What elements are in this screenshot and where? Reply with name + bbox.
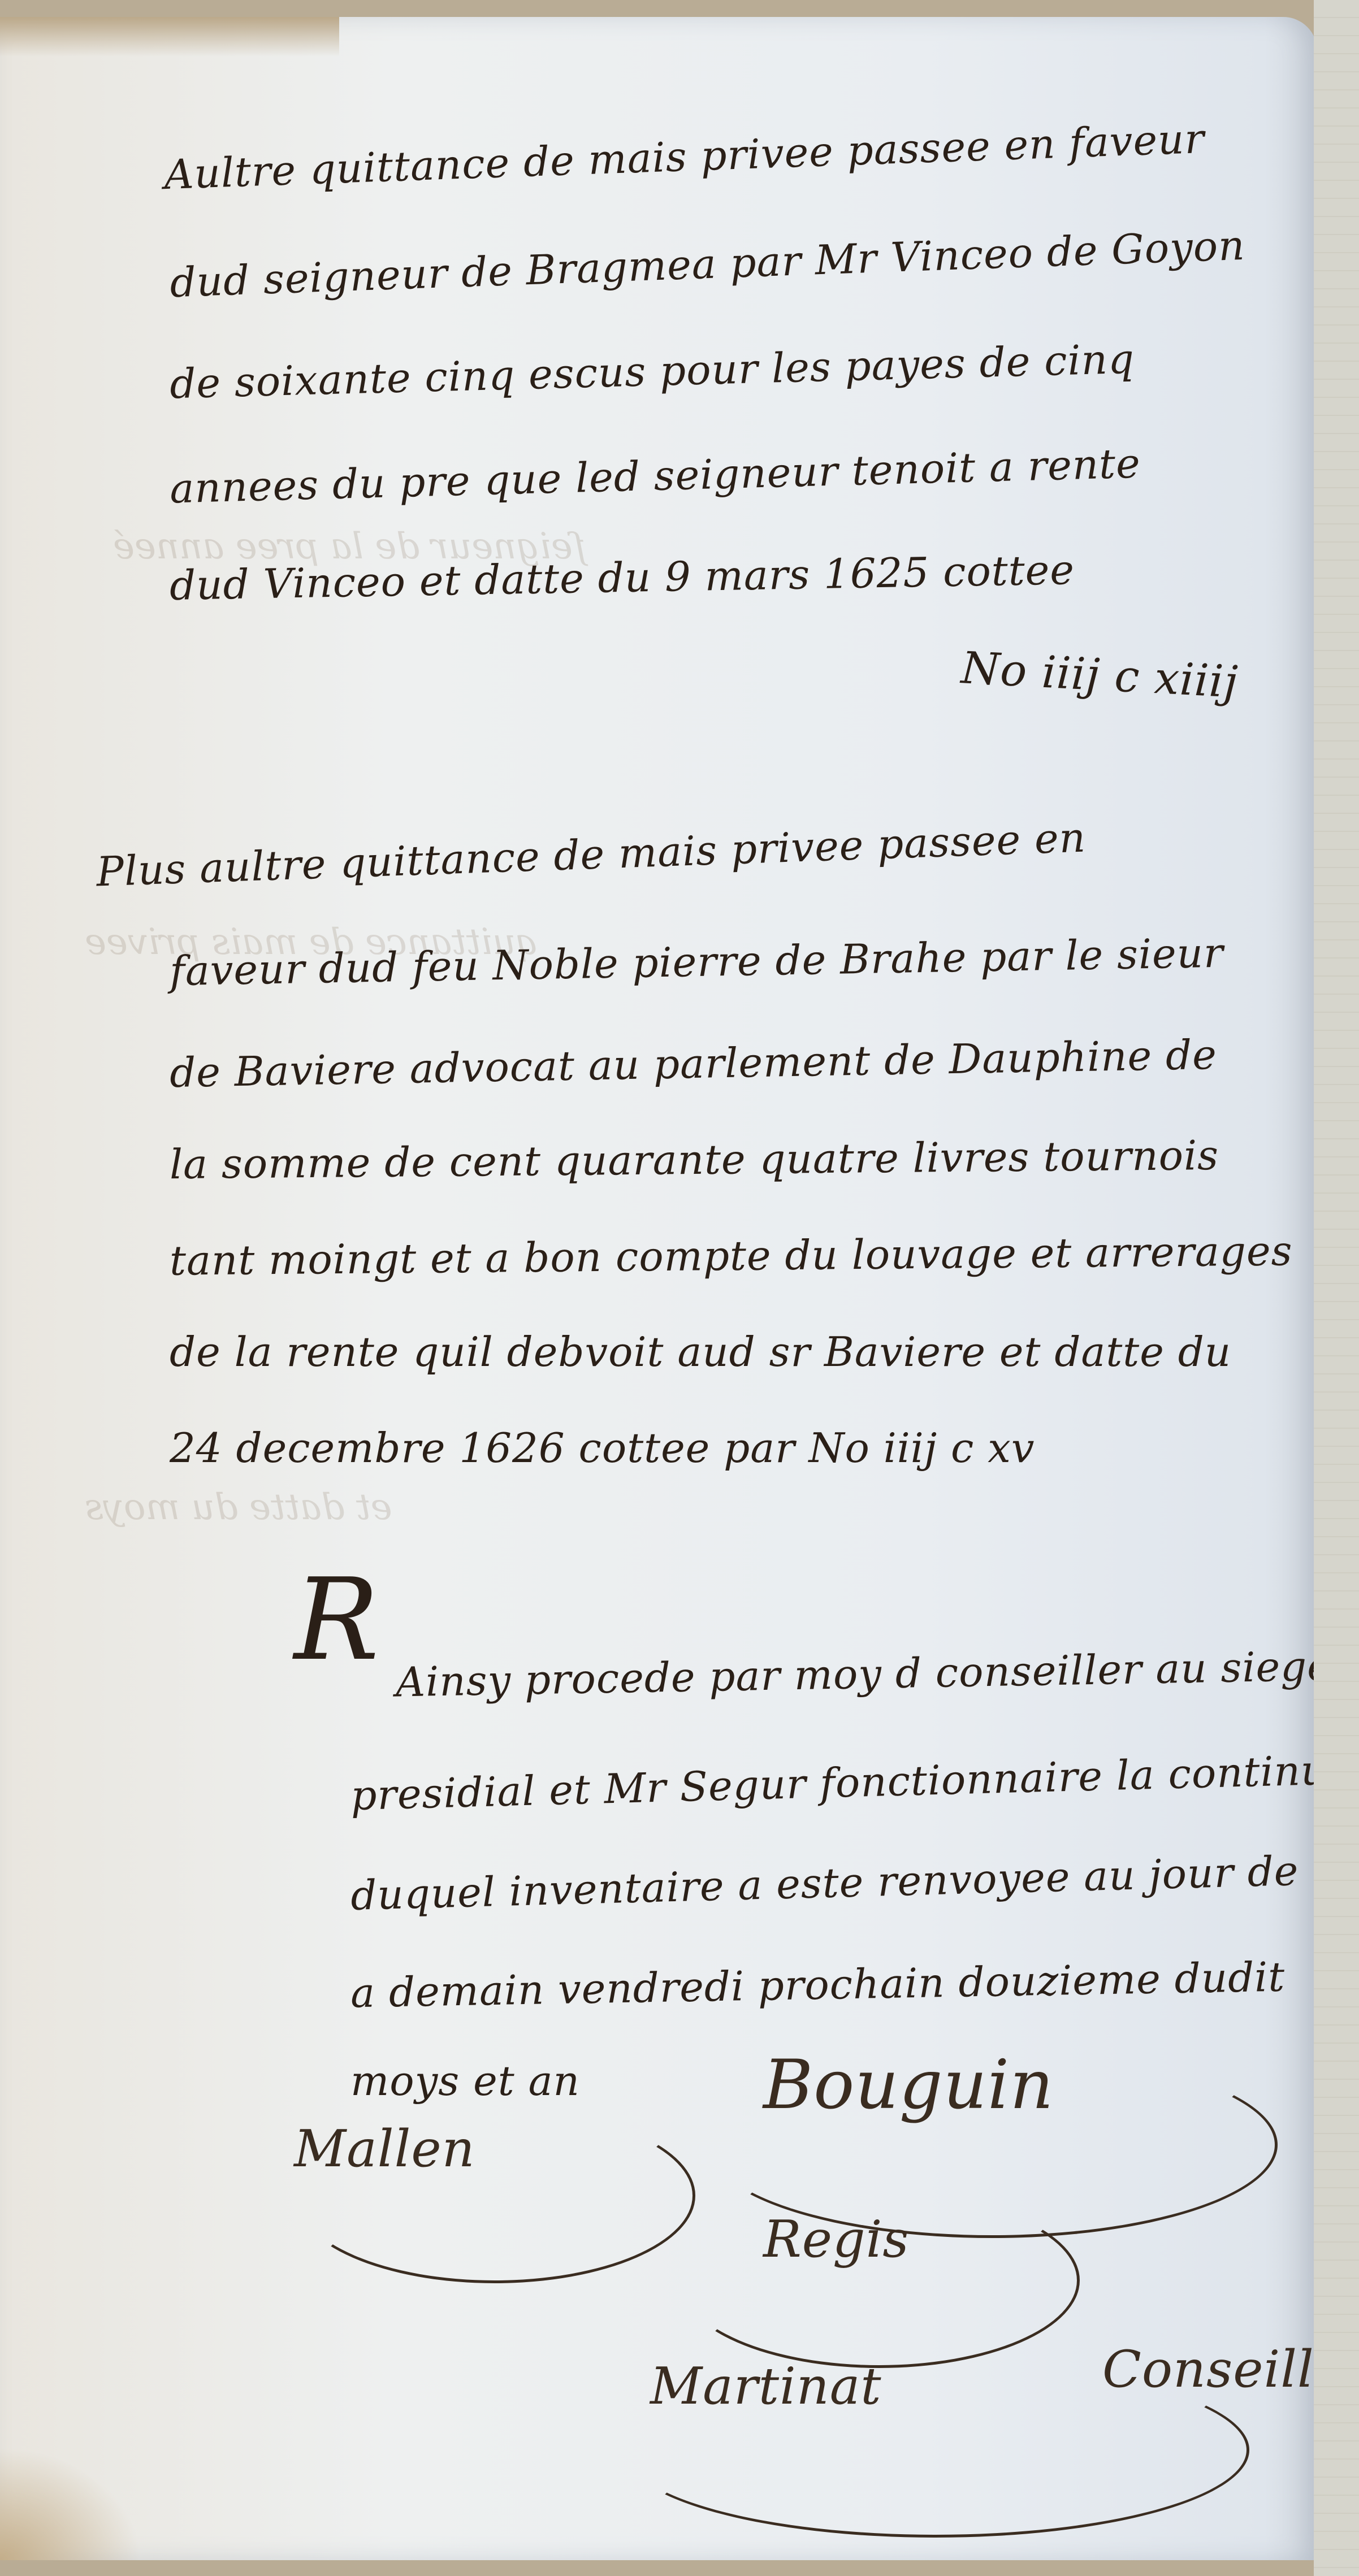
decorative-initial-icon: R <box>294 1554 379 1686</box>
manuscript-line: la somme de cent quarante quatre livres … <box>170 1131 1219 1188</box>
manuscript-line: Plus aultre quittance de mais privee pas… <box>96 813 1087 895</box>
signature-flourish-icon <box>294 2108 695 2283</box>
manuscript-line: de Baviere advocat au parlement de Dauph… <box>169 1031 1217 1096</box>
entry-number: No iiij c xiiij <box>960 643 1239 708</box>
manuscript-line: de la rente quil debvoit aud sr Baviere … <box>170 1328 1231 1376</box>
manuscript-line: Ainsy procede par moy d conseiller au si… <box>395 1642 1332 1706</box>
manuscript-line: moys et an <box>350 2057 580 2105</box>
signature-flourish-icon <box>678 2193 1080 2368</box>
manuscript-line: Aultre quittance de mais privee passee e… <box>163 115 1205 198</box>
signature-flourish-icon <box>622 2362 1249 2538</box>
manuscript-line: 24 decembre 1626 cottee par No iiij c xv <box>170 1424 1035 1472</box>
paper-stain <box>0 17 339 57</box>
paper-stain <box>0 2447 141 2560</box>
manuscript-line: presidial et Mr Segur fonctionnaire la c… <box>350 1744 1359 1819</box>
adjacent-page-edge <box>1314 0 1359 2576</box>
manuscript-line: de soixante cinq escus pour les payes de… <box>169 335 1135 408</box>
manuscript-line: duquel inventaire a este renvoyee au jou… <box>350 1847 1299 1919</box>
manuscript-page: ſeigneur de la pree anneé quittance de m… <box>0 17 1317 2560</box>
manuscript-line: annees du pre que led seigneur tenoit a … <box>169 440 1141 513</box>
bleed-through-text: et datte du moys <box>85 1486 392 1528</box>
manuscript-line: dud seigneur de Bragmea par Mr Vinceo de… <box>169 222 1246 306</box>
manuscript-line: tant moingt et a bon compte du louvage e… <box>170 1227 1293 1284</box>
manuscript-line: a demain vendredi prochain douzieme dudi… <box>350 1953 1285 2017</box>
